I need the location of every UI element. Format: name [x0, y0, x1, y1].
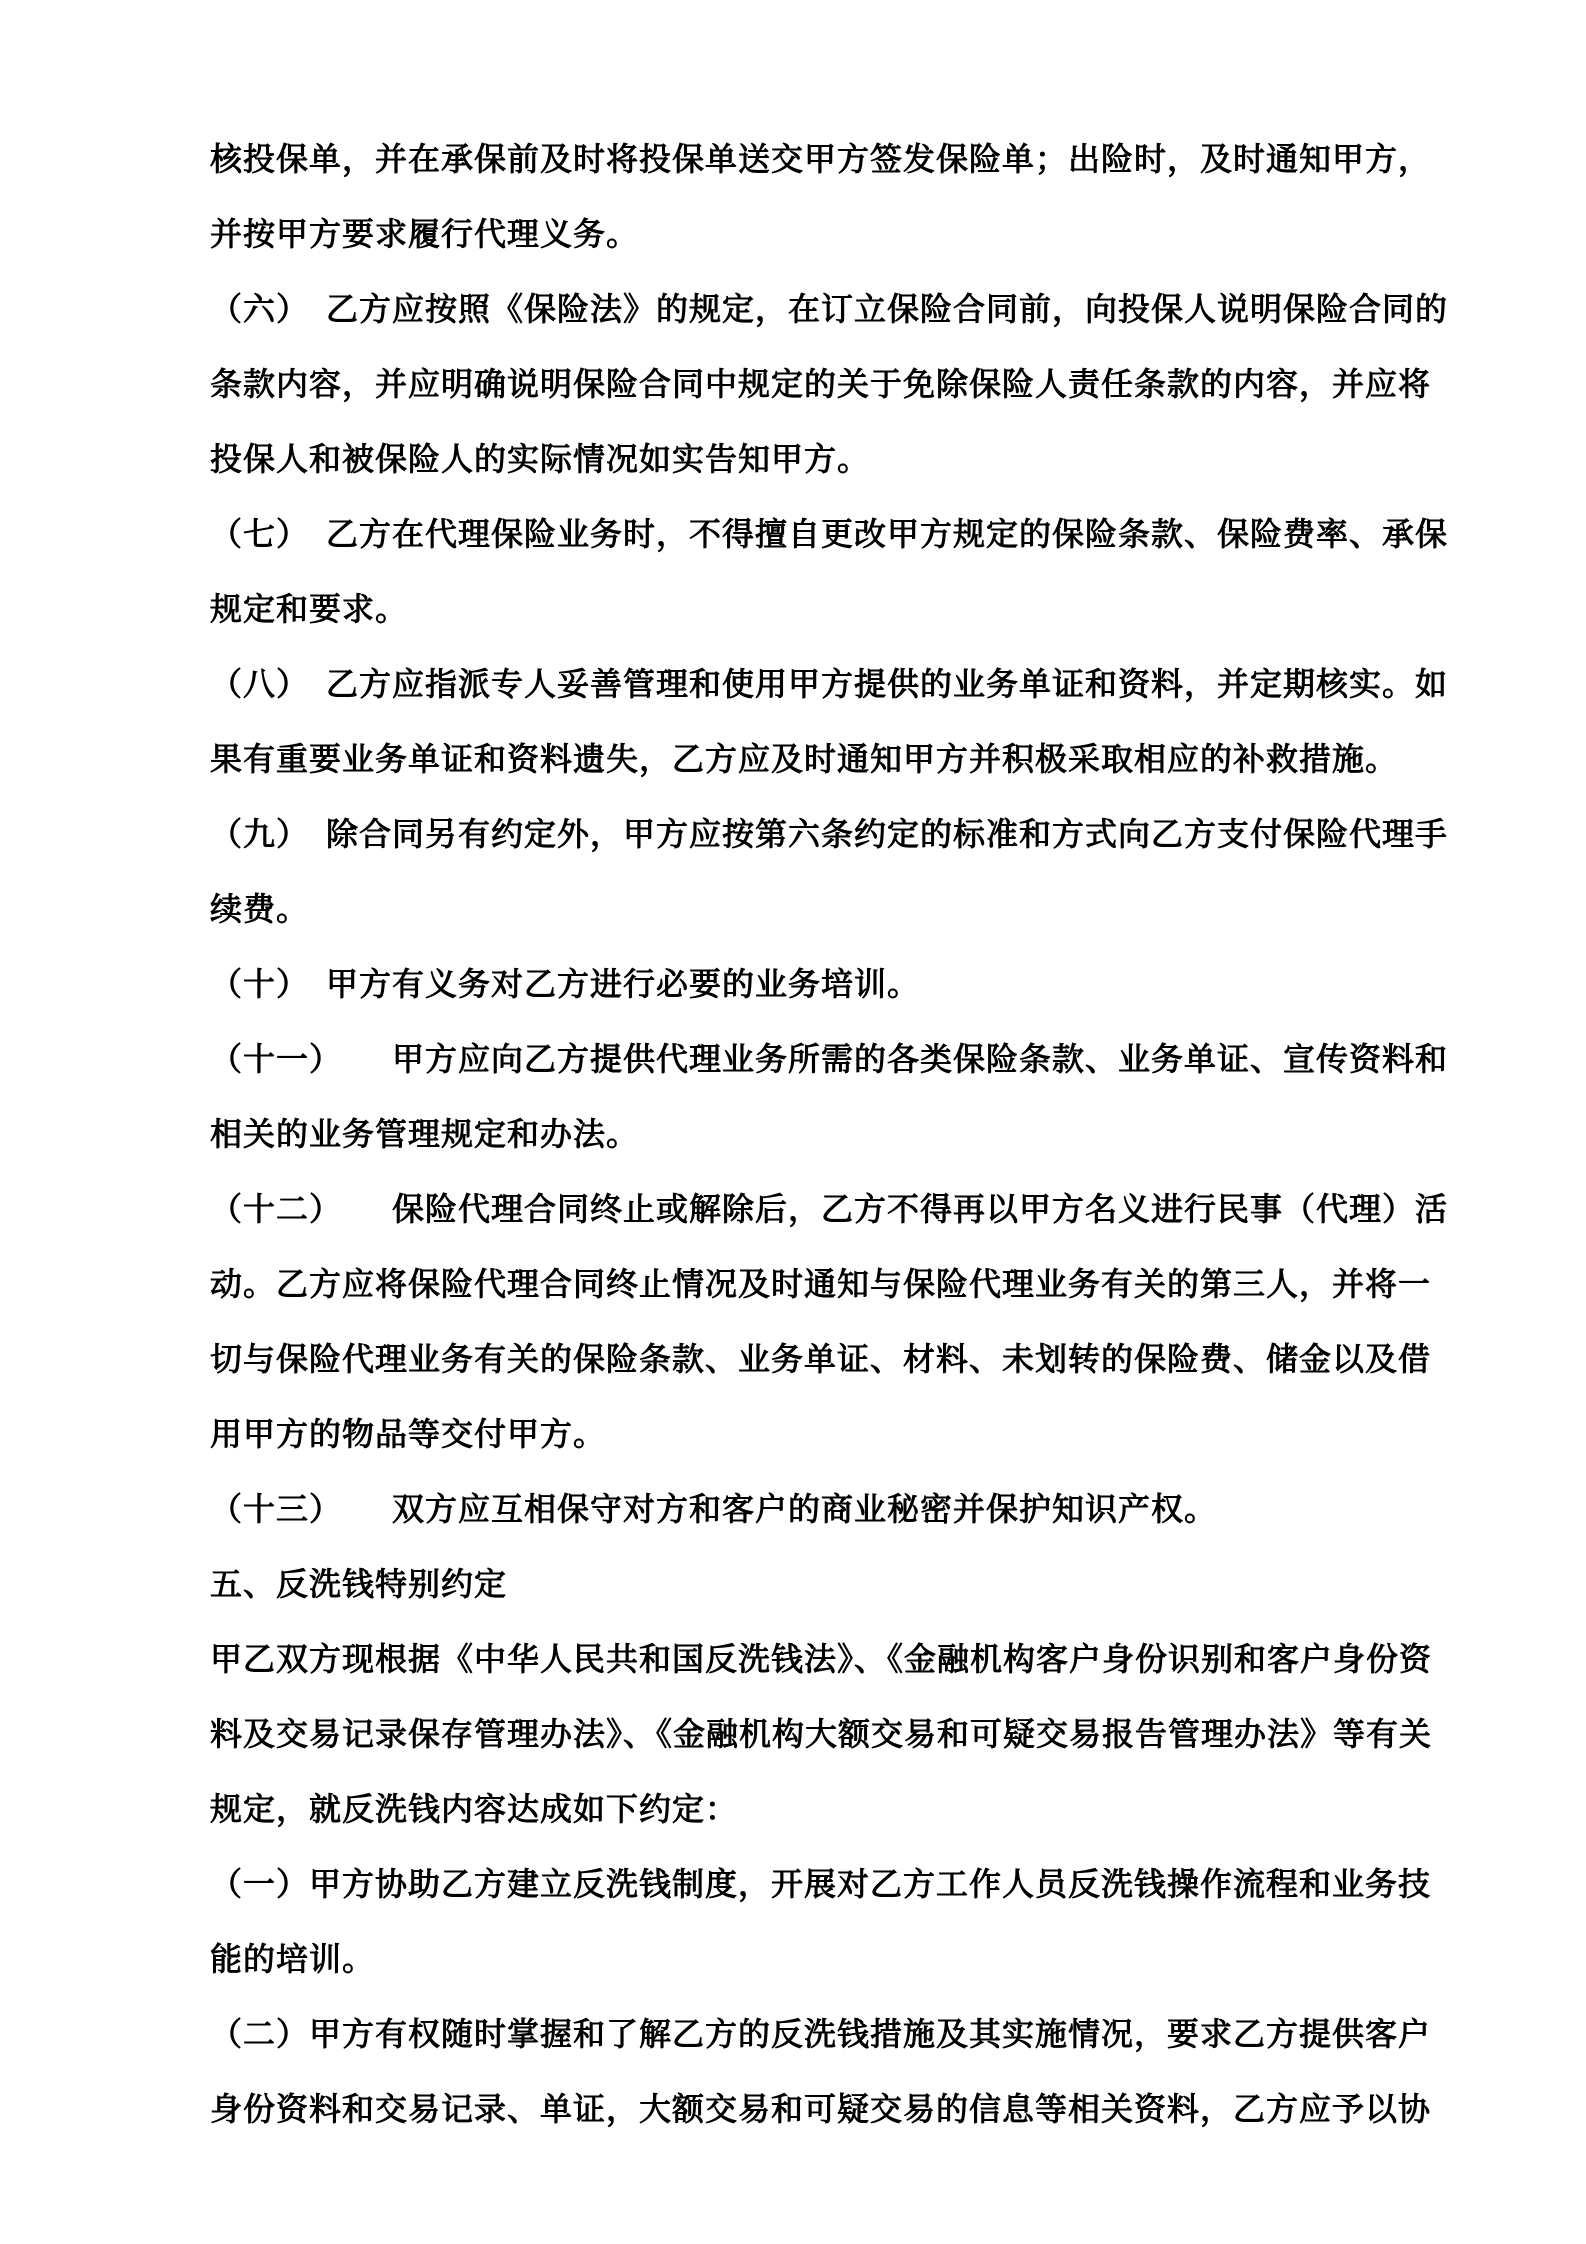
clause-9-line: （九） 除合同另有约定外，甲方应按第六条约定的标准和方式向乙方支付保险代理手 [210, 797, 1510, 872]
contract-text-line: 动。乙方应将保险代理合同终止情况及时通知与保险代理业务有关的第三人，并将一 [210, 1247, 1510, 1322]
clause-6-line: （六） 乙方应按照《保险法》的规定，在订立保险合同前，向投保人说明保险合同的 [210, 272, 1510, 347]
contract-text-block: 核投保单，并在承保前及时将投保单送交甲方签发保险单；出险时，及时通知甲方， 并按… [210, 122, 1510, 2147]
aml-clause-1-line: （一）甲方协助乙方建立反洗钱制度，开展对乙方工作人员反洗钱操作流程和业务技 [210, 1847, 1510, 1922]
contract-text-line: 身份资料和交易记录、单证，大额交易和可疑交易的信息等相关资料，乙方应予以协 [210, 2072, 1510, 2147]
clause-13-line: （十三） 双方应互相保守对方和客户的商业秘密并保护知识产权。 [210, 1472, 1510, 1547]
aml-clause-2-line: （二）甲方有权随时掌握和了解乙方的反洗钱措施及其实施情况，要求乙方提供客户 [210, 1997, 1510, 2072]
contract-text-line: 条款内容，并应明确说明保险合同中规定的关于免除保险人责任条款的内容，并应将 [210, 347, 1510, 422]
contract-text-line: 料及交易记录保存管理办法》、《金融机构大额交易和可疑交易报告管理办法》等有关 [210, 1697, 1510, 1772]
contract-text-line: 甲乙双方现根据《中华人民共和国反洗钱法》、《金融机构客户身份识别和客户身份资 [210, 1622, 1510, 1697]
contract-text-line: 规定和要求。 [210, 572, 1510, 647]
clause-7-line: （七） 乙方在代理保险业务时，不得擅自更改甲方规定的保险条款、保险费率、承保 [210, 497, 1510, 572]
clause-11-line: （十一） 甲方应向乙方提供代理业务所需的各类保险条款、业务单证、宣传资料和 [210, 1022, 1510, 1097]
contract-text-line: 切与保险代理业务有关的保险条款、业务单证、材料、未划转的保险费、储金以及借 [210, 1322, 1510, 1397]
contract-text-line: 相关的业务管理规定和办法。 [210, 1097, 1510, 1172]
contract-text-line: 用甲方的物品等交付甲方。 [210, 1397, 1510, 1472]
document-page: 核投保单，并在承保前及时将投保单送交甲方签发保险单；出险时，及时通知甲方， 并按… [0, 0, 1586, 2244]
clause-10-line: （十） 甲方有义务对乙方进行必要的业务培训。 [210, 947, 1510, 1022]
clause-8-line: （八） 乙方应指派专人妥善管理和使用甲方提供的业务单证和资料，并定期核实。如 [210, 647, 1510, 722]
contract-text-line: 续费。 [210, 872, 1510, 947]
contract-text-line: 并按甲方要求履行代理义务。 [210, 197, 1510, 272]
contract-text-line: 投保人和被保险人的实际情况如实告知甲方。 [210, 422, 1510, 497]
section-heading-anti-money-laundering: 五、反洗钱特别约定 [210, 1547, 1510, 1622]
contract-text-line: 规定，就反洗钱内容达成如下约定： [210, 1772, 1510, 1847]
contract-text-line: 果有重要业务单证和资料遗失，乙方应及时通知甲方并积极采取相应的补救措施。 [210, 722, 1510, 797]
contract-text-line: 核投保单，并在承保前及时将投保单送交甲方签发保险单；出险时，及时通知甲方， [210, 122, 1510, 197]
clause-12-line: （十二） 保险代理合同终止或解除后，乙方不得再以甲方名义进行民事（代理）活 [210, 1172, 1510, 1247]
contract-text-line: 能的培训。 [210, 1922, 1510, 1997]
